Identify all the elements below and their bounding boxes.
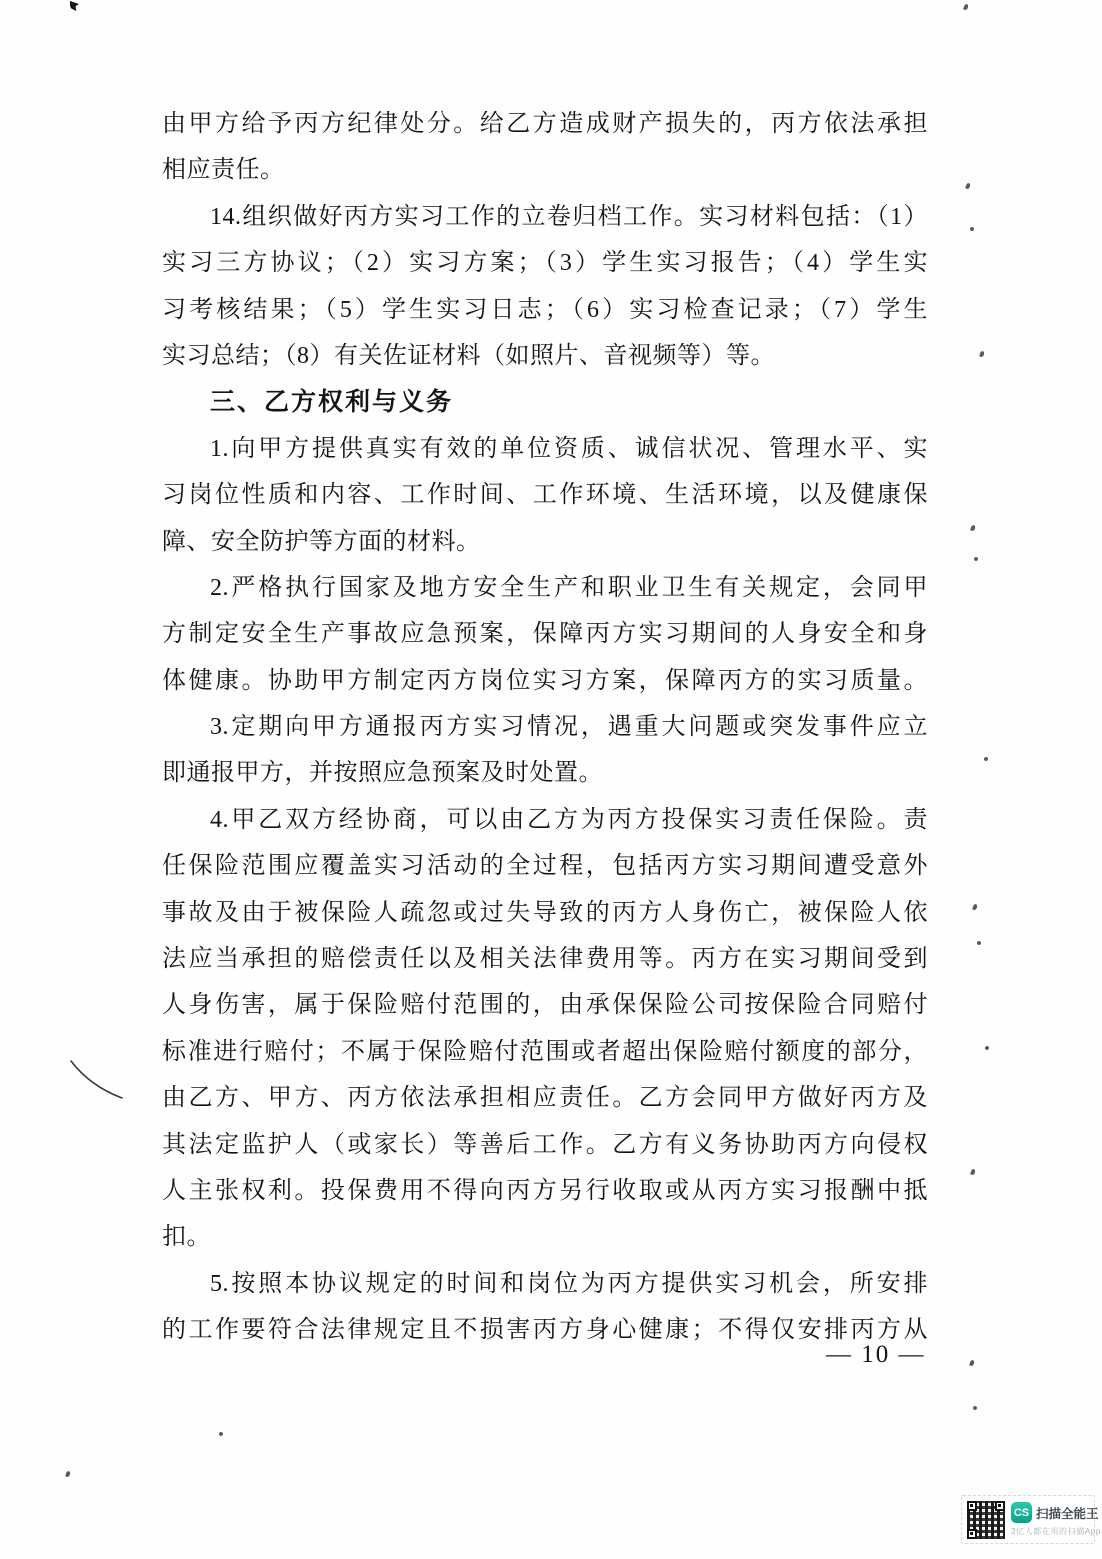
text-line: 任保险范围应覆盖实习活动的全过程，包括丙方实习期间遭受意外 (162, 843, 928, 889)
scan-speck (65, 1471, 71, 1478)
text-line: 4.甲乙双方经协商，可以由乙方为丙方投保实习责任保险。责 (162, 797, 928, 843)
text-line: 事故及由于被保险人疏忽或过失导致的丙方人身伤亡，被保险人依 (162, 890, 928, 936)
text-line: 的工作要符合法律规定且不损害丙方身心健康；不得仅安排丙方从 (162, 1307, 928, 1353)
camscanner-watermark: CS 扫描全能王 3亿人都在用的扫描App (961, 1495, 1095, 1544)
text-line: 扣。 (162, 1214, 928, 1260)
scan-speck (972, 1405, 977, 1410)
scan-speck (976, 940, 981, 945)
text-line: 方制定安全生产事故应急预案，保障丙方实习期间的人身安全和身 (162, 611, 928, 657)
scan-speck (963, 4, 969, 11)
text-line: 相应责任。 (162, 147, 928, 193)
text-line: 习岗位性质和内容、工作时间、工作环境、生活环境，以及健康保 (162, 472, 928, 518)
camscanner-logo-icon: CS (1011, 1502, 1032, 1523)
scan-speck (970, 525, 976, 532)
watermark-tagline: 3亿人都在用的扫描App (1011, 1526, 1089, 1537)
text-line: 人身伤害，属于保险赔付范围的，由承保保险公司按保险合同赔付 (162, 982, 928, 1028)
scan-speck (979, 351, 985, 358)
text-line: 1.向甲方提供真实有效的单位资质、诚信状况、管理水平、实 (162, 426, 928, 472)
text-line: 标准进行赔付；不属于保险赔付范围或者超出保险赔付额度的部分， (162, 1029, 928, 1075)
text-line: 人主张权利。投保费用不得向丙方另行收取或从丙方实习报酬中抵 (162, 1168, 928, 1214)
text-line: 体健康。协助甲方制定丙方岗位实习方案，保障丙方的实习质量。 (162, 658, 928, 704)
scan-speck (965, 183, 971, 190)
text-line: 由乙方、甲方、丙方依法承担相应责任。乙方会同甲方做好丙方及 (162, 1075, 928, 1121)
text-line: 三、乙方权利与义务 (162, 379, 928, 425)
scan-mark (70, 1, 79, 11)
text-line: 14.组织做好丙方实习工作的立卷归档工作。实习材料包括：（1） (162, 194, 928, 240)
scan-speck (970, 1169, 976, 1176)
text-line: 障、安全防护等方面的材料。 (162, 519, 928, 565)
text-line: 实习总结；（8）有关佐证材料（如照片、音视频等）等。 (162, 333, 928, 379)
document-body: 由甲方给予丙方纪律处分。给乙方造成财产损失的，丙方依法承担相应责任。14.组织做… (162, 101, 928, 1354)
scan-speck (973, 556, 978, 561)
text-line: 3.定期向甲方通报丙方实习情况，遇重大问题或突发事件应立 (162, 704, 928, 750)
scan-speck (969, 1360, 975, 1367)
pen-stroke-mark (66, 1056, 128, 1104)
scan-speck (983, 756, 988, 761)
page-number: — 10 — (826, 1341, 926, 1369)
qr-code (967, 1501, 1005, 1539)
text-line: 即通报甲方，并按照应急预案及时处置。 (162, 750, 928, 796)
text-line: 2.严格执行国家及地方安全生产和职业卫生有关规定，会同甲 (162, 565, 928, 611)
text-line: 习考核结果；（5）学生实习日志；（6）实习检查记录；（7）学生 (162, 287, 928, 333)
scan-speck (218, 1431, 223, 1436)
text-line: 其法定监护人（或家长）等善后工作。乙方有义务协助丙方向侵权 (162, 1122, 928, 1168)
text-line: 法应当承担的赔偿责任以及相关法律费用等。丙方在实习期间受到 (162, 936, 928, 982)
scan-speck (969, 226, 974, 231)
watermark-app-name: 扫描全能王 (1036, 1504, 1099, 1522)
text-line: 5.按照本协议规定的时间和岗位为丙方提供实习机会，所安排 (162, 1261, 928, 1307)
scan-speck (984, 1045, 989, 1050)
text-line: 由甲方给予丙方纪律处分。给乙方造成财产损失的，丙方依法承担 (162, 101, 928, 147)
scan-speck (972, 904, 978, 911)
text-line: 实习三方协议；（2）实习方案；（3）学生实习报告；（4）学生实 (162, 240, 928, 286)
